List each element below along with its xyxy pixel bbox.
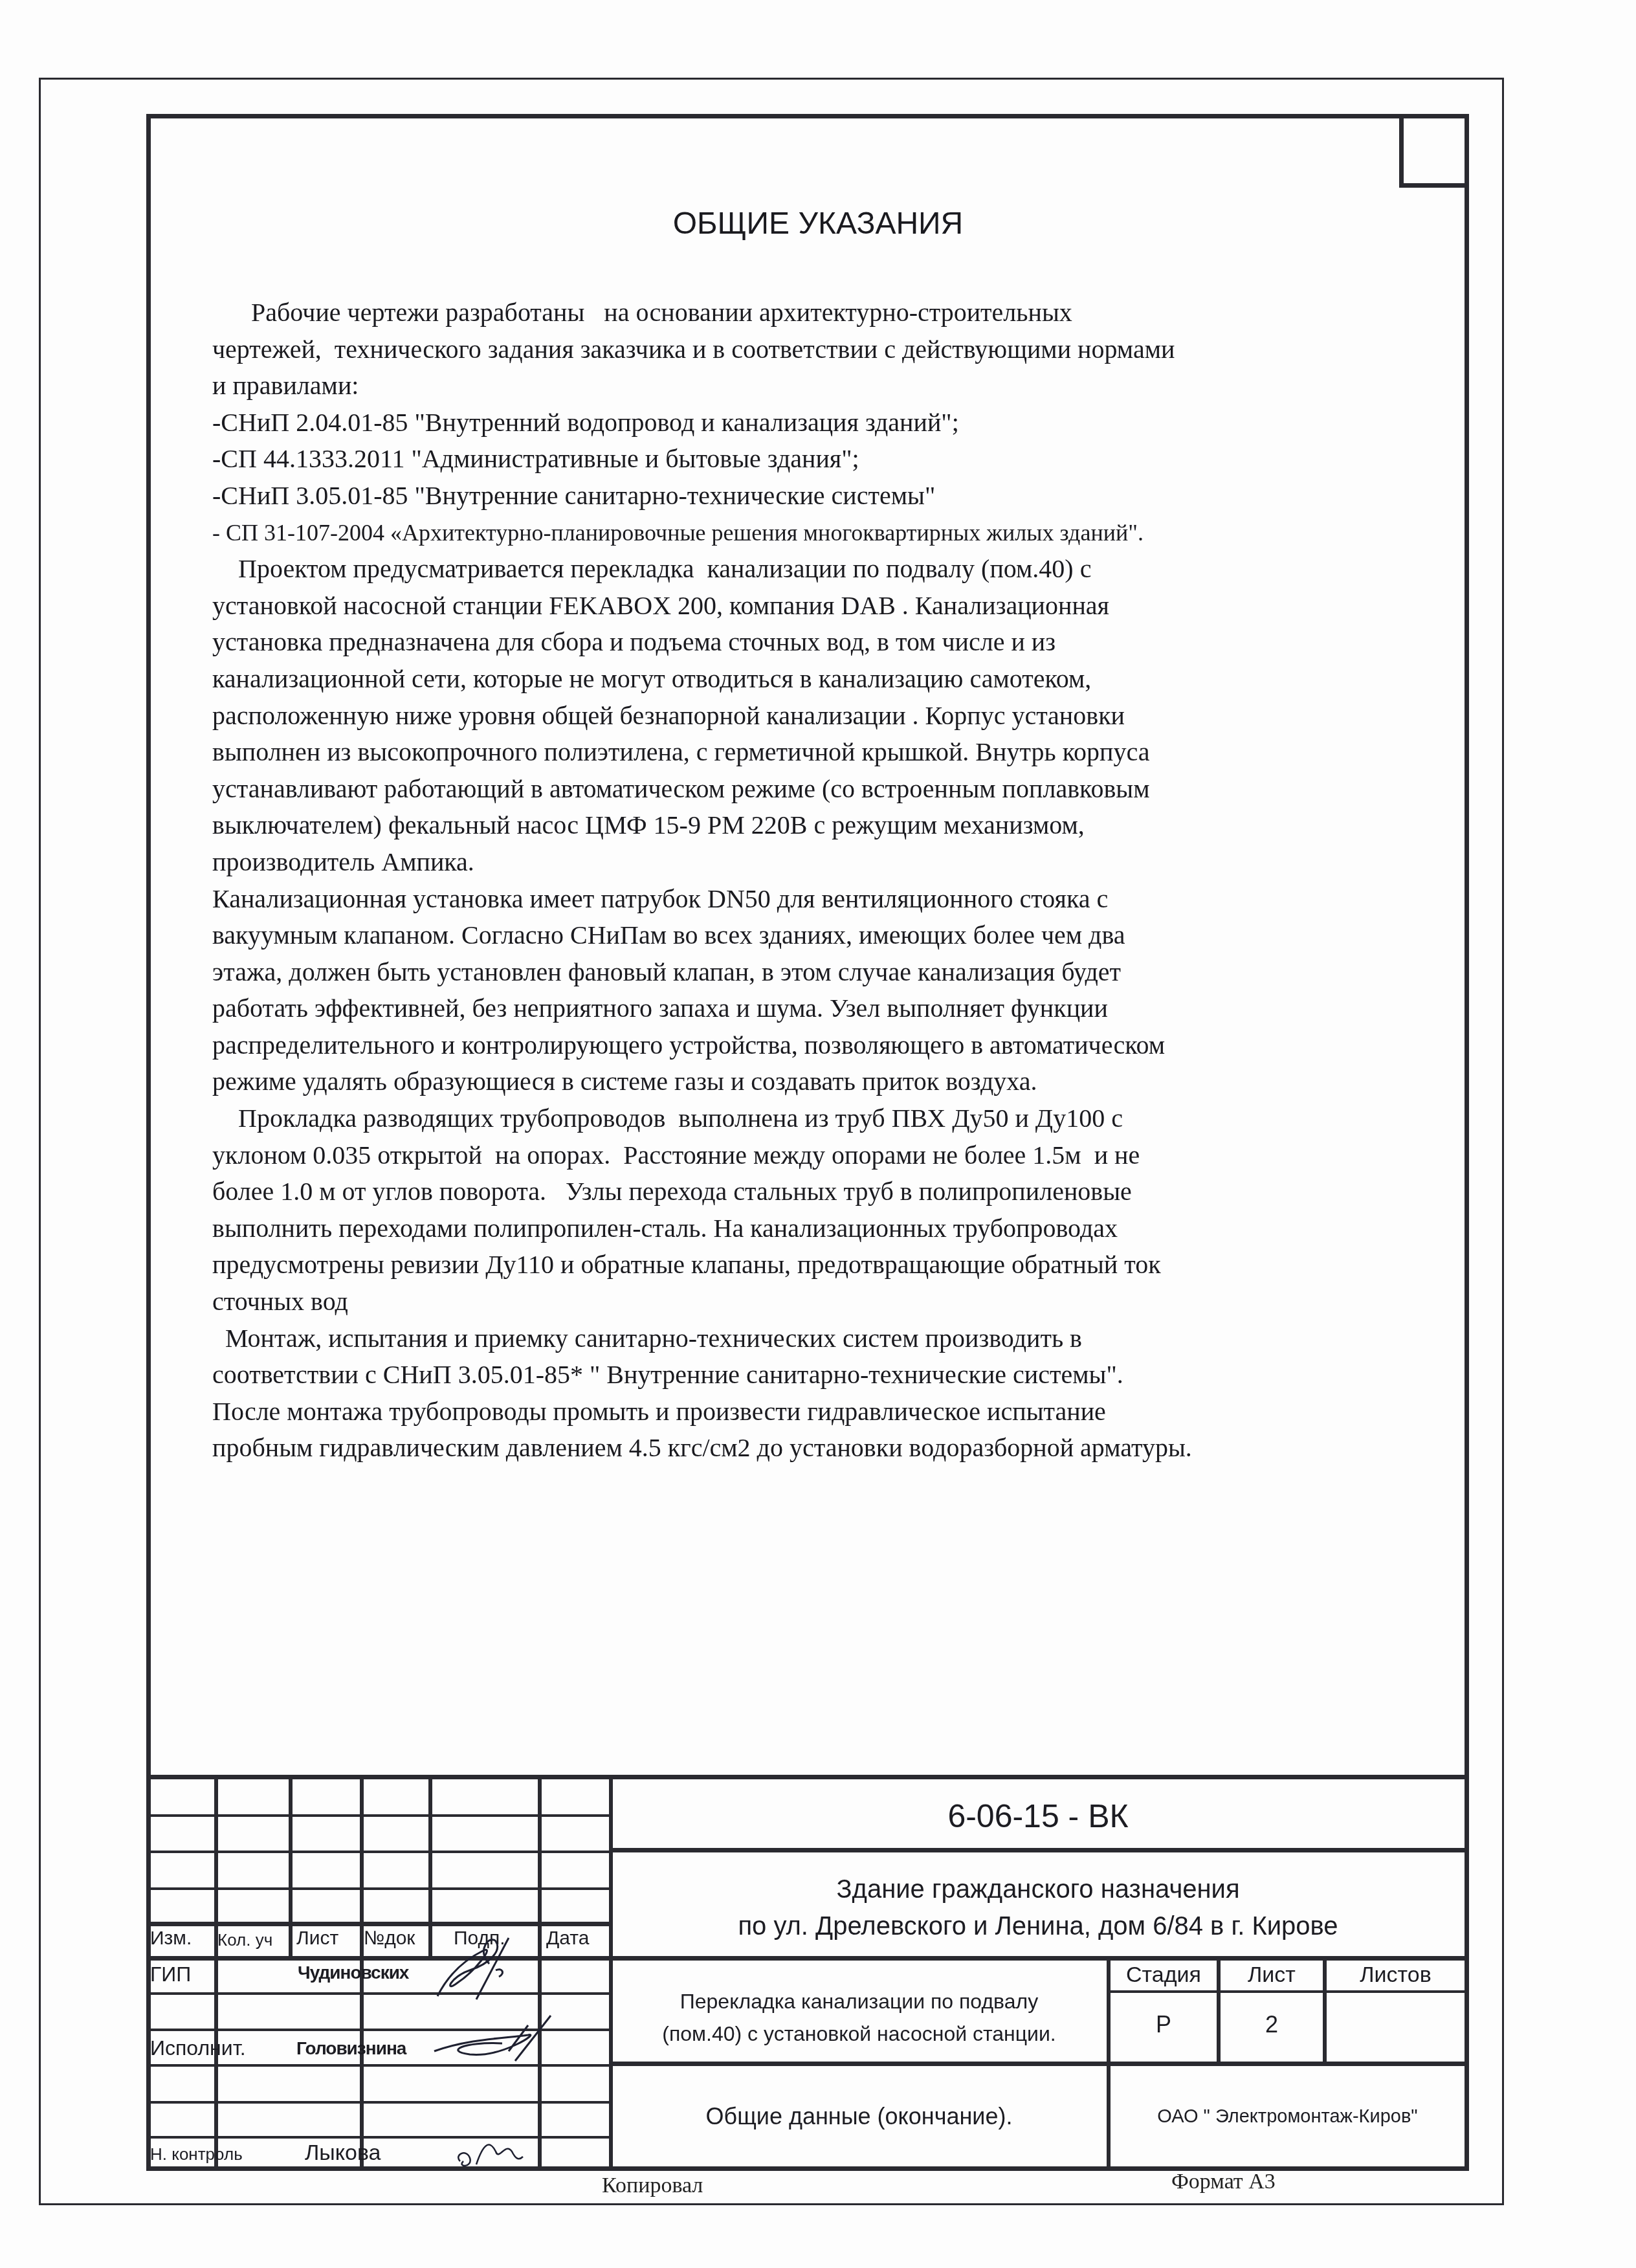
general-notes-text: Рабочие чертежи разработаны на основании… [212,295,1442,1467]
text-line: соответствии с СНиП 3.05.01-85* " Внутре… [212,1357,1442,1394]
signature-norm-control-icon [450,2132,528,2171]
stage-header: Стадия [1111,1962,1217,1988]
copied-by-label: Копировал [602,2173,703,2198]
text-line: пробным гидравлическим давлением 4.5 кгс… [212,1430,1442,1467]
sheet-name: Общие данные (окончание). [612,2103,1107,2130]
building-line1: Здание гражданского назначения [612,1875,1465,1904]
title-block: Изм. Кол. уч Лист №док Подп. Дата ГИП Чу… [146,1775,1469,2171]
description-line1: Перекладка канализации по подвалу [612,1990,1107,2014]
format-label: Формат А3 [1171,2170,1276,2194]
text-line: установка предназначена для сбора и подъ… [212,624,1442,661]
text-line: выключателем) фекальный насос ЦМФ 15-9 Р… [212,807,1442,844]
text-line: этажа, должен быть установлен фановый кл… [212,954,1442,991]
header-ndok: №док [364,1928,415,1950]
text-line: работать эффективней, без неприятного за… [212,990,1442,1027]
text-line: более 1.0 м от углов поворота. Узлы пере… [212,1173,1442,1210]
sheet-value: 2 [1221,2011,1323,2038]
text-line: устанавливают работающий в автоматическо… [212,771,1442,808]
text-line: чертежей, технического задания заказчика… [212,331,1442,368]
page-title: ОБЩИЕ УКАЗАНИЯ [0,206,1636,241]
header-izm: Изм. [150,1928,192,1950]
name-gip: Чудиновских [298,1962,408,1983]
header-list: Лист [296,1928,338,1950]
text-line: После монтажа трубопроводы промыть и про… [212,1394,1442,1430]
text-line: Прокладка разводящих трубопроводов выпол… [212,1100,1442,1137]
text-line: режиме удалять образующиеся в системе га… [212,1063,1442,1100]
signature-gip-icon [431,1931,541,2003]
name-executor: Головизнина [296,2038,406,2059]
description-line2: (пом.40) с установкой насосной станции. [612,2022,1107,2046]
company-name: ОАО " Электромонтаж-Киров" [1111,2106,1465,2128]
stage-value: Р [1111,2011,1217,2038]
corner-stamp-box [1399,114,1469,188]
text-line: установкой насосной станции FEKABOX 200,… [212,588,1442,625]
text-line: вакуумным клапаном. Согласно СНиПам во в… [212,917,1442,954]
header-kol-uch: Кол. уч [217,1930,272,1950]
text-line: -СНиП 2.04.01-85 "Внутренний водопровод … [212,405,1442,441]
text-line: канализационной сети, которые не могут о… [212,661,1442,698]
signature-executor-icon [431,2012,554,2064]
text-line: выполнить переходами полипропилен-сталь.… [212,1210,1442,1247]
text-line: распределительного и контролирующего уст… [212,1027,1442,1064]
text-line: сточных вод [212,1284,1442,1320]
text-line: производитель Ампика. [212,844,1442,881]
sheet-header: Лист [1221,1962,1323,1988]
text-line: Рабочие чертежи разработаны на основании… [212,295,1442,331]
text-line: и правилами: [212,368,1442,405]
text-line: Проектом предусматривается перекладка ка… [212,551,1442,588]
text-line: уклоном 0.035 открытой на опорах. Рассто… [212,1137,1442,1174]
text-line: -СП 44.1333.2011 "Административные и быт… [212,441,1442,478]
sheets-header: Листов [1327,1962,1465,1988]
building-line2: по ул. Дрелевского и Ленина, дом 6/84 в … [612,1912,1465,1941]
text-line: расположенную ниже уровня общей безнапор… [212,698,1442,735]
text-line: Канализационная установка имеет патрубок… [212,881,1442,918]
name-norm-control: Лыкова [305,2140,381,2166]
text-line: выполнен из высокопрочного полиэтилена, … [212,734,1442,771]
doc-code: 6-06-15 - ВК [612,1797,1465,1835]
role-executor: Исполнит. [150,2036,246,2060]
role-norm-control: Н. контроль [150,2144,243,2164]
text-line: предусмотрены ревизии Ду110 и обратные к… [212,1247,1442,1284]
text-line: - СП 31-107-2004 «Архитектурно-планирово… [212,515,1442,551]
text-line: Монтаж, испытания и приемку санитарно-те… [212,1320,1442,1357]
role-gip: ГИП [150,1962,191,1986]
text-line: -СНиП 3.05.01-85 "Внутренние санитарно-т… [212,478,1442,515]
header-data: Дата [546,1928,589,1950]
